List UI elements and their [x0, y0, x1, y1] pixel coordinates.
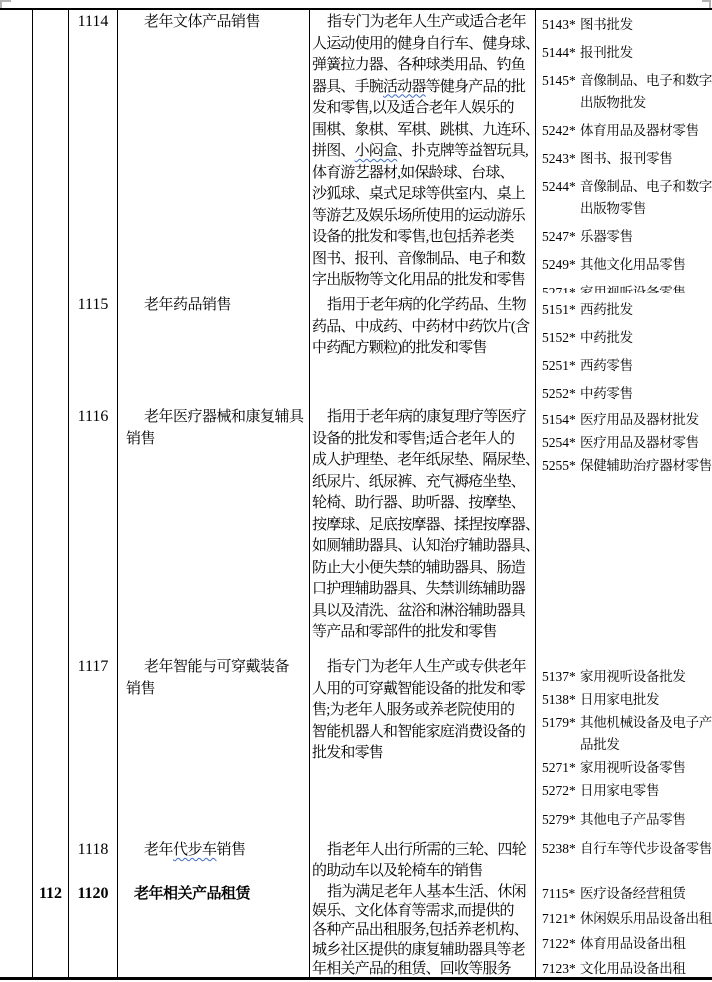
ref-label: 日用家电批发	[580, 689, 659, 711]
class-code: 1114	[78, 13, 109, 30]
table-row: 1114 老年文体产品销售 指专门为老年人生产或适合老年 人运动使用的健身自行车…	[0, 10, 712, 293]
class-name-cell: 老年文体产品销售	[117, 10, 309, 293]
ref-code: 5238*	[542, 838, 580, 860]
ref-label: 家用视听设备批发	[580, 666, 686, 688]
ref-label: 音像制品、电子和数字 出版物零售	[580, 176, 712, 220]
ref-code: 5272*	[542, 780, 580, 802]
description-text: 指老年人出行所需的三轮、四轮 的助动车以及轮椅车的销售	[312, 842, 526, 879]
ref-code: 5271*	[542, 282, 580, 293]
ref-entry: 5137*家用视听设备批发	[542, 666, 712, 688]
class-name-cell: 老年代步车销售	[117, 838, 309, 882]
ref-code: 5254*	[542, 432, 580, 454]
reference-codes-cell: 5143*图书批发 5144*报刊批发 5145*音像制品、电子和数字 出版物批…	[535, 10, 712, 293]
class-name: 老年文体产品销售	[144, 14, 260, 30]
spellcheck-underlined-text: 小闷盒	[355, 143, 398, 159]
reference-codes-cell: 5238*自行车等代步设备零售	[535, 838, 712, 882]
group-code: 112	[39, 885, 62, 902]
reference-codes-cell: 5151*西药批发 5152*中药批发 5251*西药零售 5252*中药零售	[535, 293, 712, 405]
classification-table: 1114 老年文体产品销售 指专门为老年人生产或适合老年 人运动使用的健身自行车…	[0, 8, 712, 980]
ref-code: 5251*	[542, 355, 580, 377]
ref-entry: 5179*其他机械设备及电子产 品批发	[542, 712, 712, 756]
reference-codes-cell: 5137*家用视听设备批发 5138*日用家电批发 5179*其他机械设备及电子…	[535, 655, 712, 838]
ref-code: 7115*	[542, 883, 580, 905]
ref-entry: 5244*音像制品、电子和数字 出版物零售	[542, 176, 712, 220]
spellcheck-underlined-text: 活动器	[383, 79, 426, 95]
description-text: 指用于老年病的康复理疗等医疗 设备的批发和零售;适合老年人的 成人护理垫、老年纸…	[312, 409, 535, 640]
ref-label: 自行车等代步设备零售	[580, 838, 712, 860]
ref-label: 医疗用品及器材零售	[580, 432, 699, 454]
class-code: 1117	[78, 658, 109, 675]
reference-codes-cell: 5154*医疗用品及器材批发 5254*医疗用品及器材零售 5255*保健辅助治…	[535, 405, 712, 655]
ref-entry: 5271*家用视听设备零售	[542, 757, 712, 779]
ref-label: 医疗用品及器材批发	[580, 409, 699, 431]
ref-entry: 7121*休闲娱乐用品设备出租	[542, 908, 712, 930]
ref-code: 7121*	[542, 908, 580, 930]
class-code-cell: 1114	[68, 10, 117, 293]
description-text: 指为满足老年人基本生活、休闲 娱乐、文化体育等需求,而提供的 各种产品出租服务,…	[312, 884, 528, 977]
ref-code: 5137*	[542, 666, 580, 688]
ref-code: 5244*	[542, 176, 580, 220]
reference-codes-cell: 7115*医疗设备经营租赁 7121*休闲娱乐用品设备出租 7122*体育用品设…	[535, 882, 712, 977]
spacer-cell	[0, 293, 32, 405]
ref-label: 音像制品、电子和数字 出版物批发	[580, 70, 712, 114]
class-description-cell: 指老年人出行所需的三轮、四轮 的助动车以及轮椅车的销售	[309, 838, 535, 882]
ref-code: 5144*	[542, 42, 580, 64]
ref-code: 5252*	[542, 383, 580, 405]
group-code-cell: 112	[32, 882, 68, 977]
class-code-cell: 1118	[68, 838, 117, 882]
ref-label: 保健辅助治疗器材零售	[580, 455, 712, 477]
ref-entry: 7122*体育用品设备出租	[542, 933, 712, 955]
ref-entry: 5151*西药批发	[542, 299, 712, 321]
table-row: 1116 老年医疗器械和康复辅具 销售 指用于老年病的康复理疗等医疗 设备的批发…	[0, 405, 712, 655]
ref-code: 5255*	[542, 455, 580, 477]
ref-code: 5249*	[542, 254, 580, 276]
class-name: 老年药品销售	[144, 297, 231, 313]
ref-entry: 7123*文化用品设备出租	[542, 958, 712, 977]
ref-code: 5271*	[542, 757, 580, 779]
class-description-cell: 指用于老年病的化学药品、生物 药品、中成药、中药材中药饮片(含 中药配方颗粒)的…	[309, 293, 535, 405]
class-description-cell: 指用于老年病的康复理疗等医疗 设备的批发和零售;适合老年人的 成人护理垫、老年纸…	[309, 405, 535, 655]
ref-label: 中药批发	[580, 327, 633, 349]
spellcheck-underlined-text: 代步车	[173, 842, 217, 858]
ref-code: 5243*	[542, 148, 580, 170]
ref-label: 报刊批发	[580, 42, 633, 64]
ref-entry: 5252*中药零售	[542, 383, 712, 405]
ref-entry: 5255*保健辅助治疗器材零售	[542, 455, 712, 477]
ref-code: 7122*	[542, 933, 580, 955]
ref-label: 西药零售	[580, 355, 633, 377]
class-description-cell: 指为满足老年人基本生活、休闲 娱乐、文化体育等需求,而提供的 各种产品出租服务,…	[309, 882, 535, 977]
ref-label: 体育用品及器材零售	[580, 120, 699, 142]
ref-code: 7123*	[542, 958, 580, 977]
ref-entry: 5238*自行车等代步设备零售	[542, 838, 712, 860]
class-description-cell: 指专门为老年人生产或专供老年 人用的可穿戴智能设备的批发和零 售;为老年人服务或…	[309, 655, 535, 838]
description-text: 指专门为老年人生产或专供老年 人用的可穿戴智能设备的批发和零 售;为老年人服务或…	[312, 659, 526, 761]
class-code: 1116	[78, 408, 109, 425]
description-text: 、扑克牌等益智玩具, 体育游艺器材,如保龄球、台球、 沙狐球、桌式足球等供室内、…	[312, 143, 528, 288]
ref-entry: 5154*医疗用品及器材批发	[542, 409, 712, 431]
group-code-cell	[32, 405, 68, 655]
class-code: 1120	[77, 885, 108, 902]
class-name-cell: 老年药品销售	[117, 293, 309, 405]
spacer-cell	[0, 838, 32, 882]
ref-label: 其他机械设备及电子产 品批发	[580, 712, 712, 756]
class-name-cell: 老年医疗器械和康复辅具 销售	[117, 405, 309, 655]
ref-entry: 5247*乐器零售	[542, 226, 712, 248]
ref-code: 5247*	[542, 226, 580, 248]
ref-entry: 5272*日用家电零售	[542, 780, 712, 802]
ref-label: 文化用品设备出租	[580, 958, 686, 977]
class-description-cell: 指专门为老年人生产或适合老年 人运动使用的健身自行车、健身球、 弹簧拉力器、各种…	[309, 10, 535, 293]
spacer-cell	[0, 655, 32, 838]
ref-entry: 7115*医疗设备经营租赁	[542, 883, 712, 905]
ref-code: 5179*	[542, 712, 580, 756]
group-code-cell	[32, 10, 68, 293]
spacer-cell	[0, 405, 32, 655]
description-text: 指用于老年病的化学药品、生物 药品、中成药、中药材中药饮片(含 中药配方颗粒)的…	[312, 297, 529, 356]
ref-entry: 5144*报刊批发	[542, 42, 712, 64]
ref-entry: 5243*图书、报刊零售	[542, 148, 712, 170]
class-name: 老年医疗器械和康复辅具 销售	[126, 409, 304, 447]
document-page: 1114 老年文体产品销售 指专门为老年人生产或适合老年 人运动使用的健身自行车…	[0, 0, 712, 982]
ref-label: 医疗设备经营租赁	[580, 883, 686, 905]
class-name: 老年	[144, 842, 173, 858]
ref-code: 5138*	[542, 689, 580, 711]
ref-code: 5152*	[542, 327, 580, 349]
table-row: 1118 老年代步车销售 指老年人出行所需的三轮、四轮 的助动车以及轮椅车的销售…	[0, 838, 712, 882]
class-name: 老年相关产品租赁	[134, 886, 250, 902]
ref-code: 5242*	[542, 120, 580, 142]
ref-label: 中药零售	[580, 383, 633, 405]
class-name-cell: 老年相关产品租赁	[117, 882, 309, 977]
ref-label: 休闲娱乐用品设备出租	[580, 908, 712, 930]
ref-entry: 5242*体育用品及器材零售	[542, 120, 712, 142]
ref-label: 西药批发	[580, 299, 633, 321]
ref-label: 乐器零售	[580, 226, 633, 248]
ref-label: 家用视听设备零售	[580, 282, 686, 293]
ref-entry: 5145*音像制品、电子和数字 出版物批发	[542, 70, 712, 114]
class-code: 1115	[78, 296, 109, 313]
ref-entry: 5271*家用视听设备零售	[542, 282, 712, 293]
ref-label: 其他电子产品零售	[580, 809, 686, 831]
ref-entry: 5152*中药批发	[542, 327, 712, 349]
table-row: 1115 老年药品销售 指用于老年病的化学药品、生物 药品、中成药、中药材中药饮…	[0, 293, 712, 405]
class-code-cell: 1116	[68, 405, 117, 655]
ref-code: 5151*	[542, 299, 580, 321]
ref-entry: 5138*日用家电批发	[542, 689, 712, 711]
class-name: 老年智能与可穿戴装备 销售	[126, 659, 289, 697]
ref-entry: 5143*图书批发	[542, 14, 712, 36]
ref-label: 图书、报刊零售	[580, 148, 672, 170]
ref-label: 体育用品设备出租	[580, 933, 686, 955]
class-name-cell: 老年智能与可穿戴装备 销售	[117, 655, 309, 838]
ref-entry: 5251*西药零售	[542, 355, 712, 377]
group-code-cell	[32, 655, 68, 838]
ref-code: 5145*	[542, 70, 580, 114]
spacer-cell	[0, 882, 32, 977]
class-code-cell: 1115	[68, 293, 117, 405]
table-row: 1117 老年智能与可穿戴装备 销售 指专门为老年人生产或专供老年 人用的可穿戴…	[0, 655, 712, 838]
ref-entry: 5254*医疗用品及器材零售	[542, 432, 712, 454]
ref-label: 图书批发	[580, 14, 633, 36]
group-code-cell	[32, 838, 68, 882]
ref-entry: 5279*其他电子产品零售	[542, 809, 712, 831]
ref-code: 5154*	[542, 409, 580, 431]
ref-label: 其他文化用品零售	[580, 254, 686, 276]
ref-label: 日用家电零售	[580, 780, 659, 802]
group-code-cell	[32, 293, 68, 405]
ref-code: 5143*	[542, 14, 580, 36]
class-name: 销售	[217, 842, 246, 858]
class-code-cell: 1120	[68, 882, 117, 977]
ref-entry: 5249*其他文化用品零售	[542, 254, 712, 276]
class-code: 1118	[78, 841, 109, 858]
table-row: 112 1120 老年相关产品租赁 指为满足老年人基本生活、休闲 娱乐、文化体育…	[0, 882, 712, 977]
spacer-cell	[0, 10, 32, 293]
class-code-cell: 1117	[68, 655, 117, 838]
ref-label: 家用视听设备零售	[580, 757, 686, 779]
ref-code: 5279*	[542, 809, 580, 831]
